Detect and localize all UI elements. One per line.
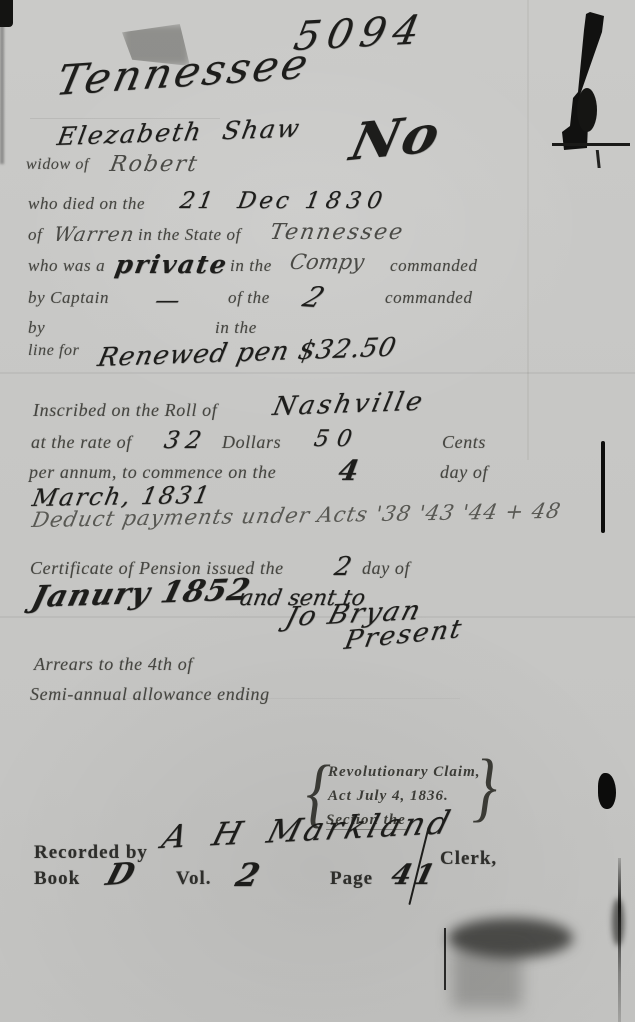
- certificate-day: 2: [332, 552, 354, 582]
- certificate-dayof-label: day of: [362, 558, 410, 579]
- stamp-line2: Act July 4, 1836.: [328, 788, 449, 805]
- film-blob-right: [598, 773, 616, 809]
- smudge-bottom-fade: [452, 948, 522, 1008]
- service-commanded-label: commanded: [390, 256, 478, 276]
- inscribed-label: Inscribed on the Roll of: [33, 400, 217, 421]
- smudge-bottom-center: [448, 918, 573, 958]
- dayof-label: day of: [440, 462, 488, 483]
- captain-blank-dash: —: [148, 286, 186, 314]
- cents-label: Cents: [442, 432, 486, 453]
- crease-vertical-right: [527, 0, 529, 460]
- clerk-label: Clerk,: [440, 848, 497, 870]
- state-heading: Tennessee: [52, 39, 315, 105]
- vol-label: Vol.: [176, 868, 212, 890]
- arrears-label: Arrears to the 4th of: [34, 654, 193, 675]
- semi-annual-label: Semi-annual allowance ending: [30, 684, 270, 705]
- inthe2-label: in the: [215, 318, 257, 338]
- regiment-flourish: 2: [298, 280, 330, 314]
- page-label: Page: [330, 868, 373, 890]
- widow-of-value: Robert: [108, 152, 201, 177]
- widow-of-label: widow of: [26, 156, 89, 174]
- service-rank: private: [113, 250, 230, 279]
- rate-label: at the rate of: [31, 432, 132, 453]
- by-label: by: [28, 318, 45, 338]
- film-knob-bottom-right: [612, 898, 624, 946]
- residence-state: Tennessee: [268, 220, 406, 245]
- residence-state-label: in the State of: [138, 225, 241, 245]
- commence-day: 4: [336, 454, 361, 487]
- film-edge-mark-top-left: [0, 0, 13, 27]
- pensioner-name: Elezabeth Shaw: [55, 114, 303, 151]
- ofthe-label: of the: [228, 288, 270, 308]
- renewed-note: Renewed pen $32.50: [95, 333, 399, 373]
- service-inthe-label: in the: [230, 256, 272, 276]
- service-unit: Compy: [288, 250, 366, 274]
- dollars-label: Dollars: [222, 432, 281, 453]
- issue-date: Janury 1852: [28, 573, 254, 615]
- film-line-bottom-right: [618, 858, 621, 1022]
- commence-label: per annum, to commence on the: [29, 462, 276, 483]
- stamp-line1: Revolutionary Claim,: [328, 764, 481, 781]
- pension-record-scan: 5094 Tennessee Elezabeth Shaw No widow o…: [0, 0, 635, 1022]
- rate-dollars-value: 32: [162, 426, 209, 454]
- number-flourish: No: [345, 103, 447, 173]
- rate-cents-value: 50: [312, 426, 362, 452]
- captain-label: by Captain: [28, 288, 109, 308]
- death-year: 1830: [303, 188, 390, 214]
- service-whowas-label: who was a: [28, 256, 105, 276]
- film-edge-strip-left: [0, 24, 4, 164]
- film-line-right-mid: [601, 441, 605, 533]
- film-line-bottom-left-of-smudge: [444, 928, 446, 990]
- commanded2-label: commanded: [385, 288, 473, 308]
- tear-mark-top-right: [540, 0, 635, 190]
- roll-value: Nashville: [270, 387, 428, 422]
- clerk-signature: A H Markland: [158, 803, 457, 856]
- residence-county: Warren: [52, 222, 137, 246]
- page-value: 41: [388, 858, 441, 891]
- stamp-brace-right-icon: }: [472, 743, 498, 832]
- death-line-label: who died on the: [28, 194, 145, 214]
- linefor-label: line for: [28, 342, 79, 360]
- residence-of-label: of: [28, 225, 42, 245]
- death-day-month: 21 Dec: [178, 188, 294, 214]
- vol-value: 2: [232, 856, 264, 894]
- book-label: Book: [34, 868, 80, 890]
